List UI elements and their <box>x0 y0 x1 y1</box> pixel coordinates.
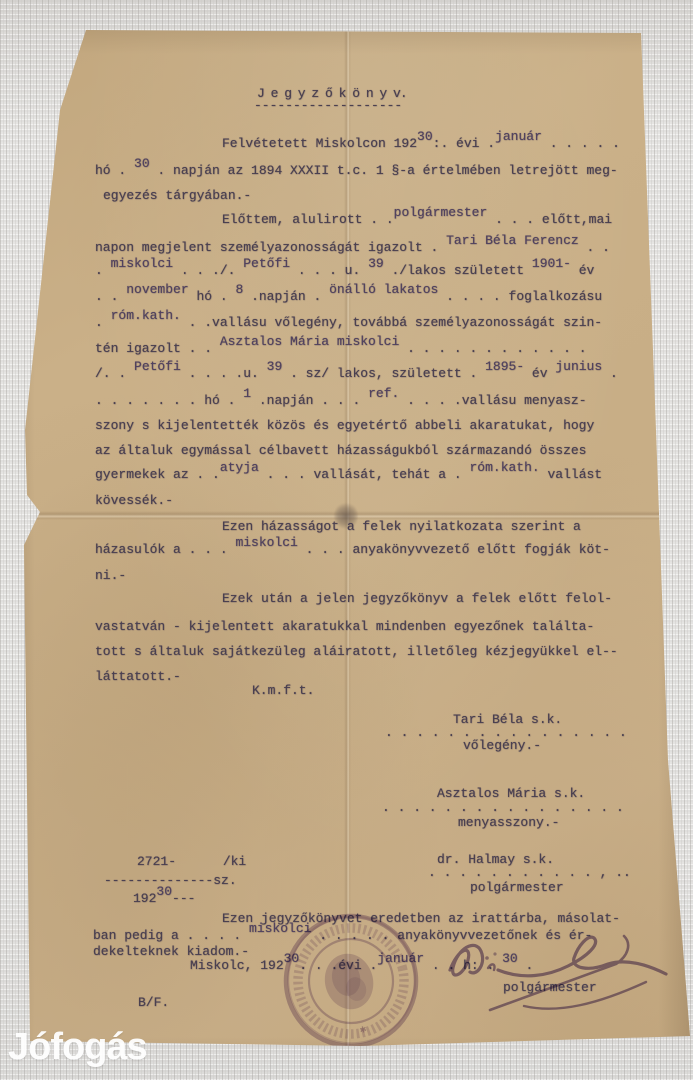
stamp-star-icon: ✱ <box>359 1024 369 1037</box>
typed-line: láttatott.- <box>95 669 181 684</box>
photo-of-document: J e g y z ő k ö n y v.------------------… <box>0 0 693 1080</box>
typed-line: /. . Petőfi . . . .u. 39 . sz/ lakos, sz… <box>95 366 618 381</box>
typed-line: . . . . . . . hó . 1 .napján . . . ref. … <box>95 393 587 408</box>
dotted-line: . . . . . . . . . . . , .. <box>428 865 631 880</box>
typed-line: . miskolci . . ./. Petőfi . . . u. 39 ./… <box>95 263 594 278</box>
typed-line: Előttem, alulirott . .polgármester . . .… <box>222 212 612 227</box>
reference-mark: B/F. <box>138 995 169 1010</box>
typed-line: . . november hó . 8 .napján . önálló lak… <box>95 289 602 304</box>
typed-line: hó . 30 . napján az 1894 XXXII t.c. 1 §-… <box>95 163 618 178</box>
bride-role: menyasszony.- <box>458 815 559 830</box>
typed-line: dekelteknek kiadom.- <box>93 944 249 959</box>
typed-line: az általuk egymással célbavett házasságu… <box>95 443 586 458</box>
typed-line: . róm.kath. . .vallásu vőlegény, továbbá… <box>95 315 602 330</box>
file-number: 2721- /ki <box>137 854 246 869</box>
typed-line: napon megjelent személyazonosságát igazo… <box>95 240 610 255</box>
typed-line: tén igazolt . . Asztalos Mária miskolci … <box>95 341 587 356</box>
title-underline: ------------------- <box>254 98 402 113</box>
groom-role: vőlegény.- <box>463 738 541 753</box>
typed-line: ni.- <box>95 568 126 583</box>
kmft-closing: K.m.f.t. <box>252 683 314 698</box>
typed-line: kövessék.- <box>95 493 173 508</box>
typed-line: Felvétetett Miskolcon 19230:. évi .januá… <box>222 136 620 151</box>
jofogas-watermark: Jófogás <box>8 1026 147 1069</box>
paper: J e g y z ő k ö n y v.------------------… <box>0 0 693 1080</box>
file-number-year: 19230--- <box>133 891 195 906</box>
typed-line: tott s általuk sajátkezüleg aláiratott, … <box>95 644 618 659</box>
vertical-fold-crease <box>344 28 351 1048</box>
typed-line: szony s kijelentették közös és egyetértő… <box>95 418 594 433</box>
typed-line: vastatván - kijelentett akaratukkal mind… <box>95 619 594 634</box>
handwritten-signature-ink <box>428 918 680 1022</box>
official-role: polgármester <box>470 880 564 895</box>
typed-line: Ezen házasságot a felek nyilatkozata sze… <box>222 519 581 534</box>
dotted-line: . . . . . . . . . . . . . . . . <box>382 800 624 815</box>
typed-line: gyermekek az . .atyja . . . vallását, te… <box>95 467 602 482</box>
typed-line: egyezés tárgyában.- <box>103 188 251 203</box>
typed-line: házasulók a . . . miskolci . . . anyakön… <box>95 542 610 557</box>
typed-line: Ezek után a jelen jegyzőkönyv a felek el… <box>222 591 612 606</box>
bride-name: Asztalos Mária s.k. <box>437 786 585 801</box>
